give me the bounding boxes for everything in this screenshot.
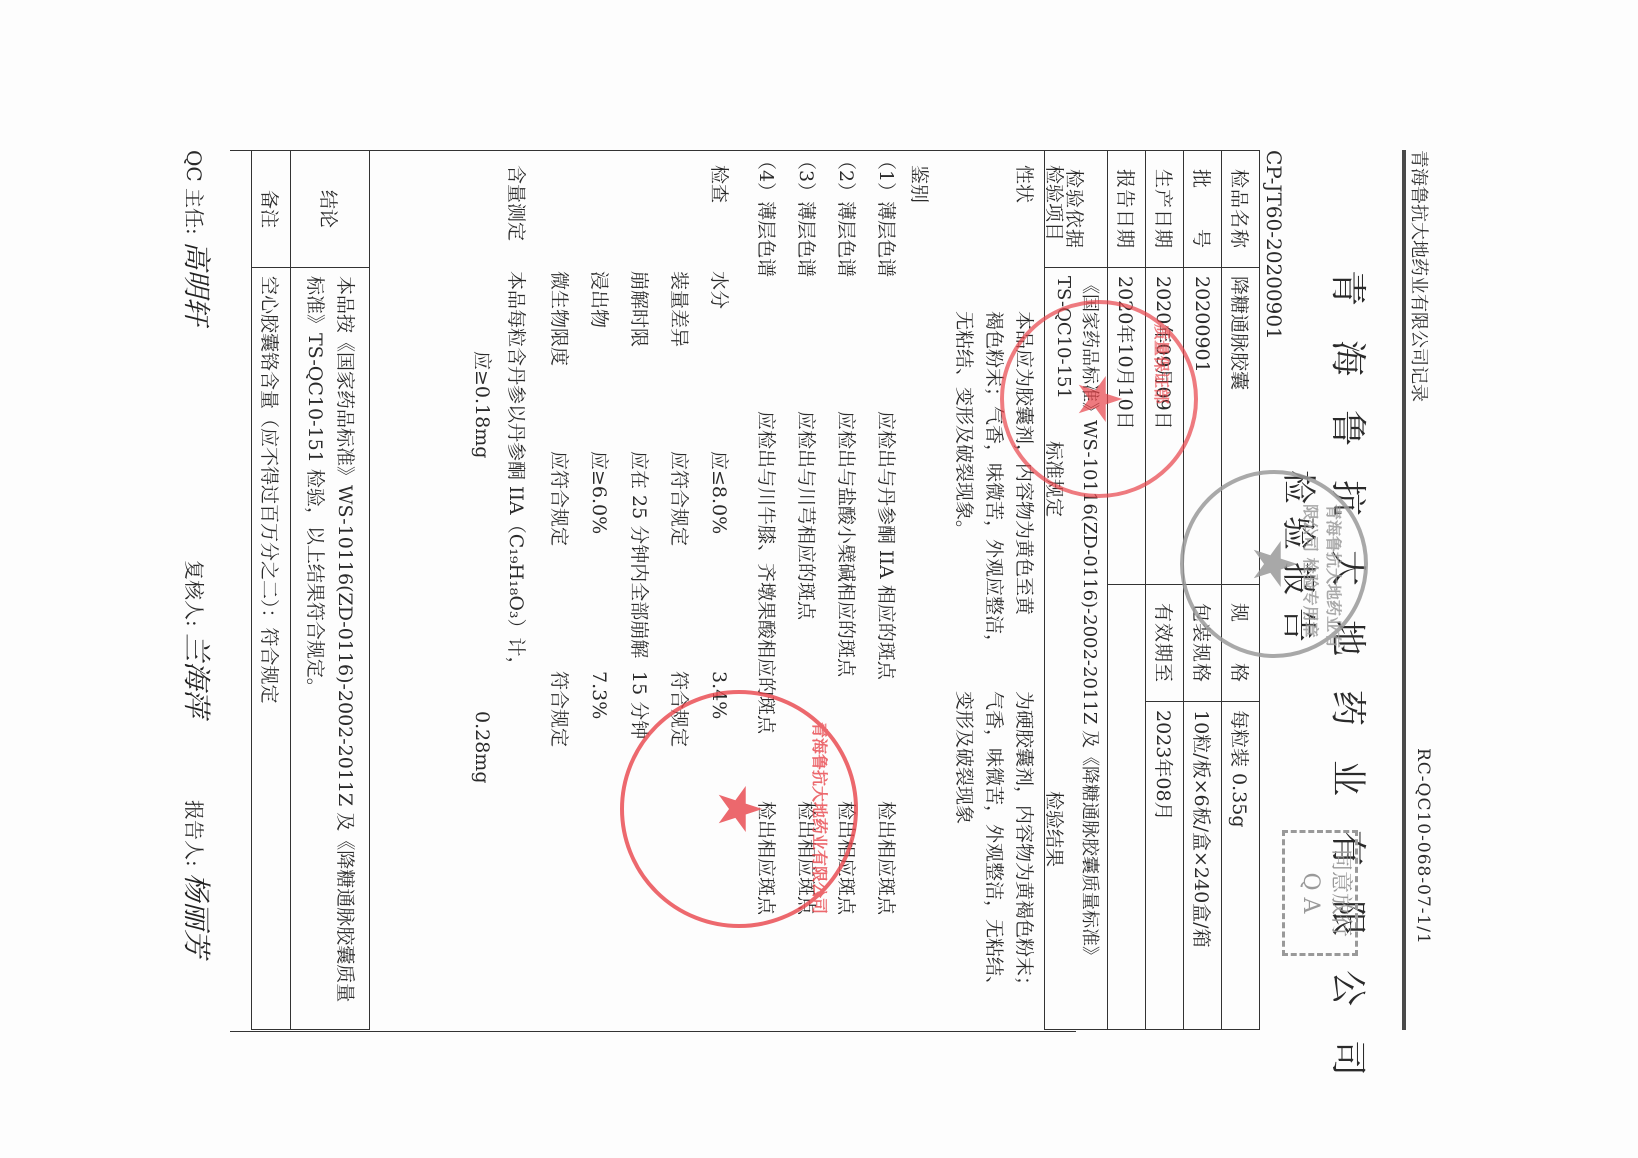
identification-result-2: 检出相应斑点 xyxy=(834,801,858,915)
inspection-standard-4: 应≥6.0% xyxy=(587,451,611,534)
character-standard-2: 褐色粉末；气香，味微苦，外观应整洁， xyxy=(982,311,1006,653)
qc-director-label: QC 主任: xyxy=(182,150,206,235)
inspection-name-5: 微生物限度 xyxy=(547,271,571,366)
table-row: 结论 本品按《国家药品标准》WS-10116(ZD-0116)-2002-201… xyxy=(291,151,370,1030)
table-row: 生产日期 2020年09月09日 有效期至 2023年08月 xyxy=(1146,151,1184,1030)
identification-result-1: 检出相应斑点 xyxy=(874,801,898,915)
identification-name-4: （4）薄层色谱 xyxy=(754,151,778,277)
reporter-label: 报告人: xyxy=(182,800,206,867)
table-row: 批 号 20200901 包装规格 10粒/板×6板/盒×240盒/箱 xyxy=(1184,151,1222,1030)
identification-label: 鉴别 xyxy=(907,165,931,203)
remark-text: 空心胶囊铬含量（应不得过百万分之二）：符合规定 xyxy=(252,268,291,1030)
report-title: 检验报告 xyxy=(1277,470,1326,654)
table-row: 检品名称 降糖通脉胶囊 规 格 每粒装 0.35g xyxy=(1222,151,1260,1030)
identification-name-3: （3）薄层色谱 xyxy=(794,151,818,277)
conclusion-text: 本品按《国家药品标准》WS-10116(ZD-0116)-2002-2011Z … xyxy=(291,268,370,1030)
assay-result: 0.28mg xyxy=(470,711,494,783)
conclusion-table: 结论 本品按《国家药品标准》WS-10116(ZD-0116)-2002-201… xyxy=(251,150,370,1030)
report-date: 2020年10月10日 xyxy=(1108,268,1146,585)
batch-value: 20200901 xyxy=(1184,268,1222,585)
identification-standard-2: 应检出与盐酸小檗碱相应的斑点 xyxy=(834,411,858,677)
basis-line-1: 《国家药品标准》WS-10116(ZD-0116)-2002-2011Z 及《降… xyxy=(1076,276,1102,1021)
table-row: 备注 空心胶囊铬含量（应不得过百万分之二）：符合规定 xyxy=(252,151,291,1030)
inspection-result-3: 15 分钟 xyxy=(627,671,651,739)
reviewer-signature: 复核人: 兰海萍 xyxy=(178,560,218,717)
column-header-item: 检验项目 xyxy=(1042,165,1066,241)
product-name-label: 检品名称 xyxy=(1222,151,1260,268)
qc-director-handwriting: 高明轩 xyxy=(180,241,213,325)
batch-label: 批 号 xyxy=(1184,151,1222,268)
conclusion-label: 结论 xyxy=(291,151,370,268)
inspection-name-2: 装量差异 xyxy=(667,271,691,347)
identification-standard-4: 应检出与川牛膝、齐墩果酸相应的斑点 xyxy=(754,411,778,734)
inspection-report-page: 青海鲁抗大地药业有限公司记录 RC-QC10-068-07-1/1 青海鲁抗大地… xyxy=(0,0,1638,1158)
production-date: 2020年09月09日 xyxy=(1146,268,1184,585)
spec-value: 每粒装 0.35g xyxy=(1222,702,1260,1030)
reviewer-handwriting: 兰海萍 xyxy=(180,633,213,717)
identification-name-1: （1）薄层色谱 xyxy=(874,151,898,277)
identification-result-4: 检出相应斑点 xyxy=(754,801,778,915)
inspection-standard-2: 应符合规定 xyxy=(667,451,691,546)
character-result-3: 变形及破裂现象 xyxy=(952,691,976,824)
character-result-1: 为硬胶囊剂，内容物为黄褐色粉末； xyxy=(1012,691,1036,995)
reviewer-label: 复核人: xyxy=(182,560,206,627)
assay-standard-1: 本品每粒含丹参以丹参酮 IIA（C₁₉H₁₈O₃）计， xyxy=(504,271,528,676)
inspection-name-3: 崩解时限 xyxy=(627,271,651,347)
product-info-table: 检品名称 降糖通脉胶囊 规 格 每粒装 0.35g 批 号 20200901 包… xyxy=(1044,150,1260,1030)
identification-result-3: 检出相应斑点 xyxy=(794,801,818,915)
qc-director-signature: QC 主任: 高明轩 xyxy=(178,150,218,325)
product-name: 降糖通脉胶囊 xyxy=(1222,268,1260,585)
inspection-standard-5: 应符合规定 xyxy=(547,451,571,546)
inspection-result-2: 符合规定 xyxy=(667,671,691,747)
reporter-signature: 报告人: 杨丽芳 xyxy=(178,800,218,957)
remark-label: 备注 xyxy=(252,151,291,268)
qa-release-stamp: 同意放行 Q A xyxy=(1282,830,1358,956)
identification-standard-1: 应检出与丹参酮 IIA 相应的斑点 xyxy=(874,411,898,680)
company-name: 青海鲁抗大地药业有限公司 xyxy=(1325,270,1376,1110)
inspection-standard-3: 应在 25 分钟内全部崩解 xyxy=(627,451,651,658)
document-number: CP-JT60-20200901 xyxy=(1262,150,1286,340)
package-label: 包装规格 xyxy=(1184,585,1222,702)
inspection-standard-1: 应≤8.0% xyxy=(707,451,731,534)
inspection-name-1: 水分 xyxy=(707,271,731,309)
character-result-2: 气香，味微苦，外观整洁，无粘结、 xyxy=(982,691,1006,995)
identification-name-2: （2）薄层色谱 xyxy=(834,151,858,277)
package-value: 10粒/板×6板/盒×240盒/箱 xyxy=(1184,702,1222,1030)
qa-stamp-line-2: Q A xyxy=(1295,833,1325,953)
character-standard-3: 无粘结、变形及破裂现象。 xyxy=(952,311,976,539)
inspection-result-4: 7.3% xyxy=(587,671,611,719)
spec-label: 规 格 xyxy=(1222,585,1260,702)
qa-stamp-line-1: 同意放行 xyxy=(1325,833,1355,953)
inspection-result-1: 3.4% xyxy=(707,671,731,719)
character-standard-1: 本品应为胶囊剂，内容物为黄色至黄 xyxy=(1012,311,1036,615)
expiry-label: 有效期至 xyxy=(1146,585,1184,702)
table-row: 报告日期 2020年10月10日 xyxy=(1108,151,1146,1030)
report-date-label: 报告日期 xyxy=(1108,151,1146,268)
column-header-result: 检验结果 xyxy=(1042,791,1066,867)
identification-standard-3: 应检出与川芎相应的斑点 xyxy=(794,411,818,620)
record-code: RC-QC10-068-07-1/1 xyxy=(1413,748,1433,945)
character-label: 性状 xyxy=(1012,165,1036,203)
header-rule xyxy=(1402,150,1406,1030)
inspection-name-4: 浸出物 xyxy=(587,271,611,328)
inspection-result-5: 符合规定 xyxy=(547,671,571,747)
production-date-label: 生产日期 xyxy=(1146,151,1184,268)
column-header-standard: 标准规定 xyxy=(1042,441,1066,517)
record-title: 青海鲁抗大地药业有限公司记录 xyxy=(1407,150,1433,402)
inspection-label: 检查 xyxy=(707,165,731,203)
assay-label: 含量测定 xyxy=(504,165,528,241)
expiry-value: 2023年08月 xyxy=(1146,702,1184,1030)
reporter-handwriting: 杨丽芳 xyxy=(180,873,213,957)
assay-standard-2: 应≥0.18mg xyxy=(470,351,494,458)
